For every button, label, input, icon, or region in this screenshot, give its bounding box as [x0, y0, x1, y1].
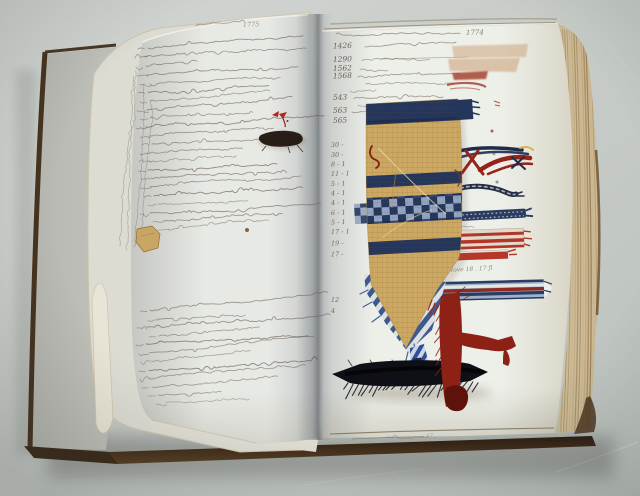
photo-of-sample-book: 1775 1774 1426129015621568543563565 30 -… [0, 0, 640, 496]
vignette [0, 0, 640, 496]
sample-book-photo: 1775 1774 1426129015621568543563565 30 -… [0, 0, 640, 496]
